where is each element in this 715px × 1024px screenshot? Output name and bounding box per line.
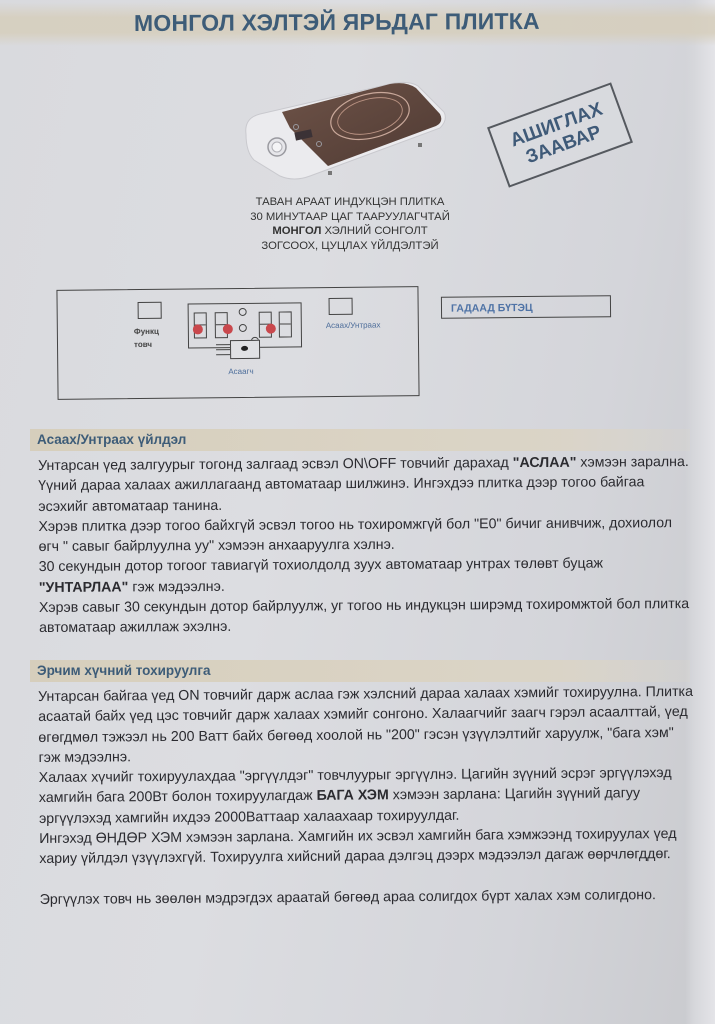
product-desc-line: ЗОГСООХ, ЦУЦЛАХ ҮЙЛДЭЛТЭЙ bbox=[240, 239, 460, 254]
section-heading-power-on-off: Асаах/Унтраах үйлдэл bbox=[37, 432, 186, 447]
digit-segment bbox=[279, 311, 292, 337]
paragraph: Халаах хүчийг тохируулахдаа "эргүүлдэг" … bbox=[39, 763, 694, 829]
indicator-led bbox=[223, 324, 233, 334]
indicator-led bbox=[266, 324, 276, 334]
paragraph: Эргүүлэх товч нь зөөлөн мэдрэгдэх араата… bbox=[40, 885, 695, 910]
induction-cooker-image bbox=[240, 72, 450, 184]
product-desc-line: 30 МИНУТААР ЦАГ ТААРУУЛАГЧТАЙ bbox=[240, 210, 460, 225]
bold-text: БАГА ХЭМ bbox=[316, 788, 388, 805]
document-title: МОНГОЛ ХЭЛТЭЙ ЯРЬДАГ ПЛИТКА bbox=[134, 8, 540, 37]
product-desc-line: ТАВАН АРААТ ИНДУКЦЭН ПЛИТКА bbox=[240, 195, 460, 210]
knob-tick bbox=[216, 349, 230, 350]
bold-text: "УНТАРЛАА" bbox=[39, 579, 129, 596]
indicator-led bbox=[193, 324, 203, 334]
rotary-knob bbox=[230, 340, 260, 359]
product-description: ТАВАН АРААТ ИНДУКЦЭН ПЛИТКА 30 МИНУТААР … bbox=[240, 195, 460, 253]
power-button-square bbox=[329, 298, 353, 315]
bold-text: "АСЛАА" bbox=[513, 455, 577, 471]
product-desc-rest: ХЭЛНИЙ СОНГОЛТ bbox=[321, 225, 427, 237]
text: Үүний дараа халаах ажиллагаанд автоматаа… bbox=[38, 475, 644, 515]
text: Эргүүлэх товч нь зөөлөн мэдрэгдэх араата… bbox=[40, 887, 656, 908]
function-label-line: товч bbox=[134, 338, 159, 351]
text: Хэрэв савыг 30 секундын дотор байрлуулж,… bbox=[39, 596, 689, 636]
function-button-square bbox=[138, 302, 162, 319]
function-label-line: Функц bbox=[134, 325, 159, 338]
function-button-label: Функц товч bbox=[134, 325, 159, 351]
text: Хэрэв плитка дээр тогоо байхгүй эсвэл то… bbox=[38, 515, 672, 555]
section-body-power-on-off: Унтарсан үед залгуурыг тогонд залгаад эс… bbox=[38, 452, 694, 639]
control-panel-diagram: Функц товч Асаагч Асаах/Унтраах bbox=[56, 286, 419, 400]
paragraph: Хэрэв плитка дээр тогоо байхгүй эсвэл то… bbox=[38, 513, 693, 558]
text: гэж мэдээлнэ. bbox=[128, 579, 224, 596]
paragraph: 30 секундын дотор тогоог тавиагүй тохиол… bbox=[39, 553, 694, 598]
text: хэмээн зарална. bbox=[576, 454, 689, 471]
product-desc-line: МОНГОЛ ХЭЛНИЙ СОНГОЛТ bbox=[240, 224, 460, 239]
instruction-stamp: АШИГЛАХ ЗААВАР bbox=[487, 82, 633, 187]
text: Ингэхэд ӨНДӨР ХЭМ хэмээн зарлана. Хамгий… bbox=[39, 826, 676, 867]
text: Унтарсан байгаа үед ON товчийг дарж асла… bbox=[38, 684, 693, 766]
paragraph: Үүний дараа халаах ажиллагаанд автоматаа… bbox=[38, 472, 693, 517]
power-button-label: Асаах/Унтраах bbox=[326, 321, 381, 331]
section-body-power-adjustment: Унтарсан байгаа үед ON товчийг дарж асла… bbox=[38, 682, 695, 910]
knob-tick bbox=[216, 354, 230, 355]
status-light bbox=[239, 308, 247, 316]
external-structure-label: ГАДААД БҮТЭЦ bbox=[441, 295, 611, 318]
status-light bbox=[239, 324, 247, 332]
text: Унтарсан үед залгуурыг тогонд залгаад эс… bbox=[38, 455, 513, 474]
text: 30 секундын дотор тогоог тавиагүй тохиол… bbox=[39, 556, 603, 575]
paragraph: Унтарсан байгаа үед ON товчийг дарж асла… bbox=[38, 682, 694, 768]
knob-tick bbox=[216, 344, 230, 345]
knob-label: Асаагч bbox=[228, 367, 253, 376]
section-heading-power-adjustment: Эрчим хүчний тохируулга bbox=[37, 663, 211, 678]
paragraph: Ингэхэд ӨНДӨР ХЭМ хэмээн зарлана. Хамгий… bbox=[39, 824, 694, 870]
paragraph: Хэрэв савыг 30 секундын дотор байрлуулж,… bbox=[39, 594, 694, 639]
product-desc-bold: МОНГОЛ bbox=[272, 225, 321, 237]
